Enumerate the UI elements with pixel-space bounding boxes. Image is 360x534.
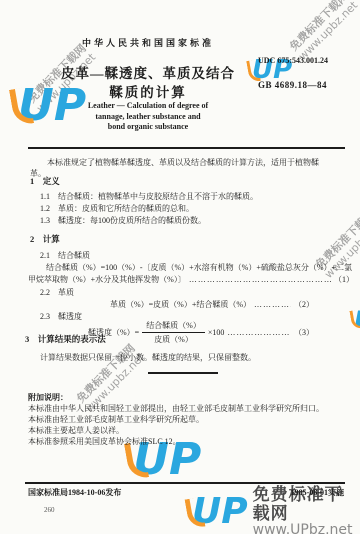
up-logo-icon: UP (354, 308, 360, 332)
page-number: 260 (44, 506, 55, 514)
formula-2: 革质（%）=皮质（%）+结合鞣质（%） ……………………… （2） (110, 299, 314, 310)
formula-3-number: （3） (294, 327, 314, 338)
header-divider (28, 147, 345, 149)
formula-3-denominator: 皮质（%） (142, 333, 205, 345)
formula-3: 鞣透度（%）= 结合鞣质（%） 皮质（%） ×100 …………………………… （… (88, 320, 314, 345)
formula-3-multiplier: ×100 (208, 327, 225, 338)
doc-title-line2: 鞣质的计算 (0, 81, 296, 101)
scope-paragraph: 本标准规定了植物鞣革鞣透度、革质以及结合鞣质的计算方法，适用于植物鞣革。 (30, 157, 334, 179)
formula-3-numerator: 结合鞣质（%） (142, 320, 205, 333)
standard-document-page: 免费标准下载网 www.upbz.net UP 免费标准下载网 www.upbz… (0, 0, 360, 534)
effective-date: 1985-08-01实施 (291, 487, 344, 498)
doc-title-en-line2: tannage, leather substance and (0, 112, 296, 121)
formula-1-line1: 结合鞣质（%）=100（%）-〔皮质（%）+水溶有机物（%）+硫酸盐总灰分（%）… (46, 262, 352, 273)
doc-title-line1: 皮革—鞣透度、革质及结合 (0, 62, 296, 82)
watermark-site-url: www.UPbz.net (253, 523, 360, 534)
note-line: 本标准由轻工业部毛皮制革工业科学研究所起草。 (28, 414, 343, 425)
definition-item-1-1: 1.1 结合鞣质：植物鞣革中与皮胶原结合且不溶于水的鞣质。 (40, 191, 340, 202)
section-1-heading: 1 定义 (30, 176, 60, 187)
note-line: 本标准由中华人民共和国轻工业部提出，由轻工业部毛皮制革工业科学研究所归口。 (28, 403, 343, 414)
note-line: 本标准参照采用美国皮革协会标准SLC 12。 (28, 436, 343, 447)
section-2-2-heading: 2.2 革质 (40, 287, 74, 298)
formula-2-number: （2） (294, 299, 314, 310)
doc-title-en-line1: Leather — Calculation of degree of (0, 101, 296, 110)
definition-item-1-3: 1.3 鞣透度：每100份皮质所结合的鞣质份数。 (40, 215, 340, 226)
section-2-3-heading: 2.3 鞣透度 (40, 311, 82, 322)
formula-2-text: 革质（%）=皮质（%）+结合鞣质（%） (110, 299, 251, 310)
section-3-heading: 3 计算结果的表示法 (25, 334, 106, 345)
note-line: 本标准主要起草人姜以祥。 (28, 425, 343, 436)
end-of-text-divider (148, 372, 218, 374)
section-2-1-heading: 2.1 结合鞣质 (40, 250, 90, 261)
issued-by-date: 国家标准局1984-10-06发布 (28, 487, 121, 498)
formula-3-fraction: 结合鞣质（%） 皮质（%） (142, 320, 205, 345)
standard-number: GB 4689.18—84 (258, 80, 327, 90)
up-logo-icon: UP (192, 494, 248, 530)
formula-1-leader-dots: …………………………………………………………………… (189, 274, 331, 285)
formula-3-leader-dots: …………………………… (227, 327, 291, 338)
section-2-heading: 2 计算 (30, 234, 60, 245)
definition-item-1-2: 1.2 革质：皮质和它所结合的鞣质的总和。 (40, 203, 340, 214)
udc-number: UDC 675:543.001.24 (258, 56, 328, 65)
formula-1-text: 甲烷萃取物（%）+水分及其他挥发物（%）〕 (28, 274, 186, 285)
footer-divider (25, 482, 345, 484)
doc-title-en-line3: bond organic substance (0, 122, 296, 131)
section-3-text: 计算结果数据只保留一位小数。鞣透度的结果，只保留整数。 (40, 352, 340, 363)
national-standard-header: 中华人民共和国国家标准 (0, 36, 296, 49)
additional-notes-heading: 附加说明： (28, 392, 68, 403)
formula-1-number: （1） (334, 274, 354, 285)
formula-2-leader-dots: ……………………… (254, 299, 291, 310)
formula-1-line2: 甲烷萃取物（%）+水分及其他挥发物（%）〕 ………………………………………………… (28, 274, 354, 285)
